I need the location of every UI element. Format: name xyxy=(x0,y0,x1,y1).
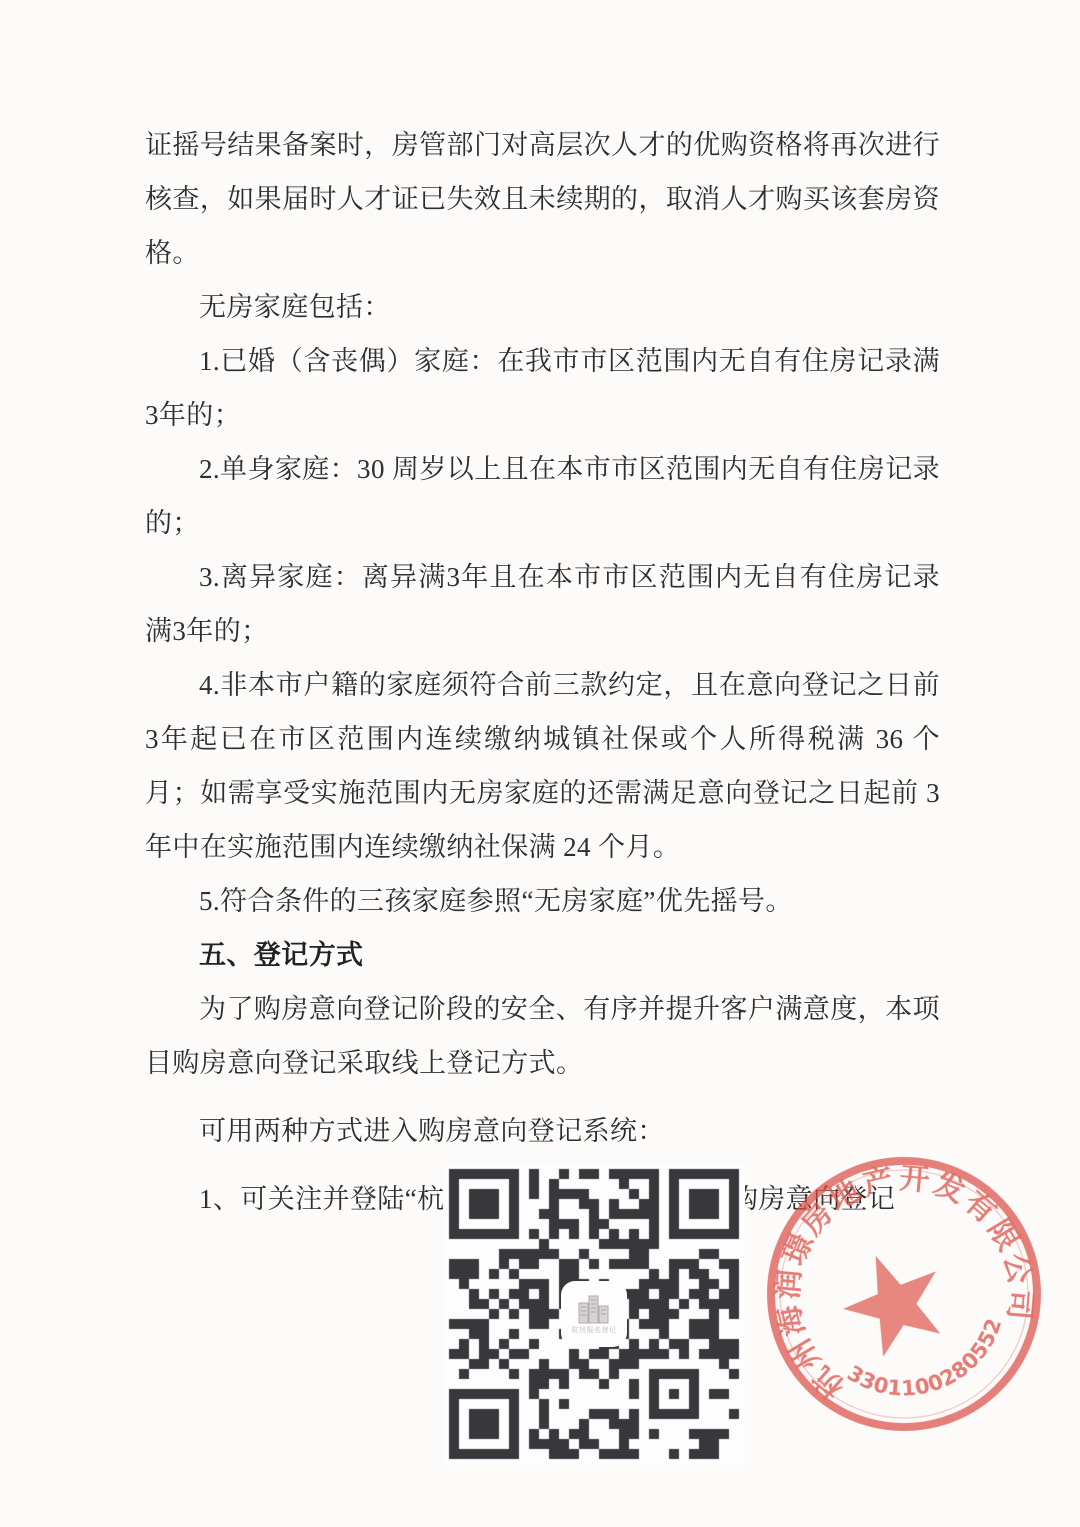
scanned-document-page: 证摇号结果备案时，房管部门对高层次人才的优购资格将再次进行核查，如果届时人才证已… xyxy=(0,0,1080,1527)
paragraph-1: 证摇号结果备案时，房管部门对高层次人才的优购资格将再次进行核查，如果届时人才证已… xyxy=(145,118,940,280)
building-icon xyxy=(576,1294,612,1324)
star-icon xyxy=(829,1237,958,1364)
paragraph-9: 为了购房意向登记阶段的安全、有序并提升客户满意度，本项目购房意向登记采取线上登记… xyxy=(145,982,940,1090)
paragraph-5: 3.离异家庭：离异满3年且在本市市区范围内无自有住房记录满3年的； xyxy=(145,550,940,658)
paragraph-10: 可用两种方式进入购房意向登记系统： xyxy=(145,1104,940,1158)
qr-code: 杭房报名登记 xyxy=(443,1163,745,1465)
qr-center-label: 杭房报名登记 xyxy=(572,1325,617,1335)
paragraph-4: 2.单身家庭：30 周岁以上且在本市市区范围内无自有住房记录的； xyxy=(145,442,940,550)
paragraph-8: 五、登记方式 xyxy=(145,928,940,982)
paragraph-6: 4.非本市户籍的家庭须符合前三款约定，且在意向登记之日前3年起已在市区范围内连续… xyxy=(145,658,940,874)
stamp-number: 3301100280552 xyxy=(838,1302,1024,1426)
building-right xyxy=(599,1306,608,1323)
qr-center-logo: 杭房报名登记 xyxy=(563,1283,625,1345)
document-text: 证摇号结果备案时，房管部门对高层次人才的优购资格将再次进行核查，如果届时人才证已… xyxy=(145,118,940,1226)
paragraph-7: 5.符合条件的三孩家庭参照“无房家庭”优先摇号。 xyxy=(145,874,940,928)
building-left xyxy=(579,1303,588,1323)
paragraph-2: 无房家庭包括： xyxy=(145,280,940,334)
paragraph-3: 1.已婚（含丧偶）家庭：在我市市区范围内无自有住房记录满3年的； xyxy=(145,334,940,442)
